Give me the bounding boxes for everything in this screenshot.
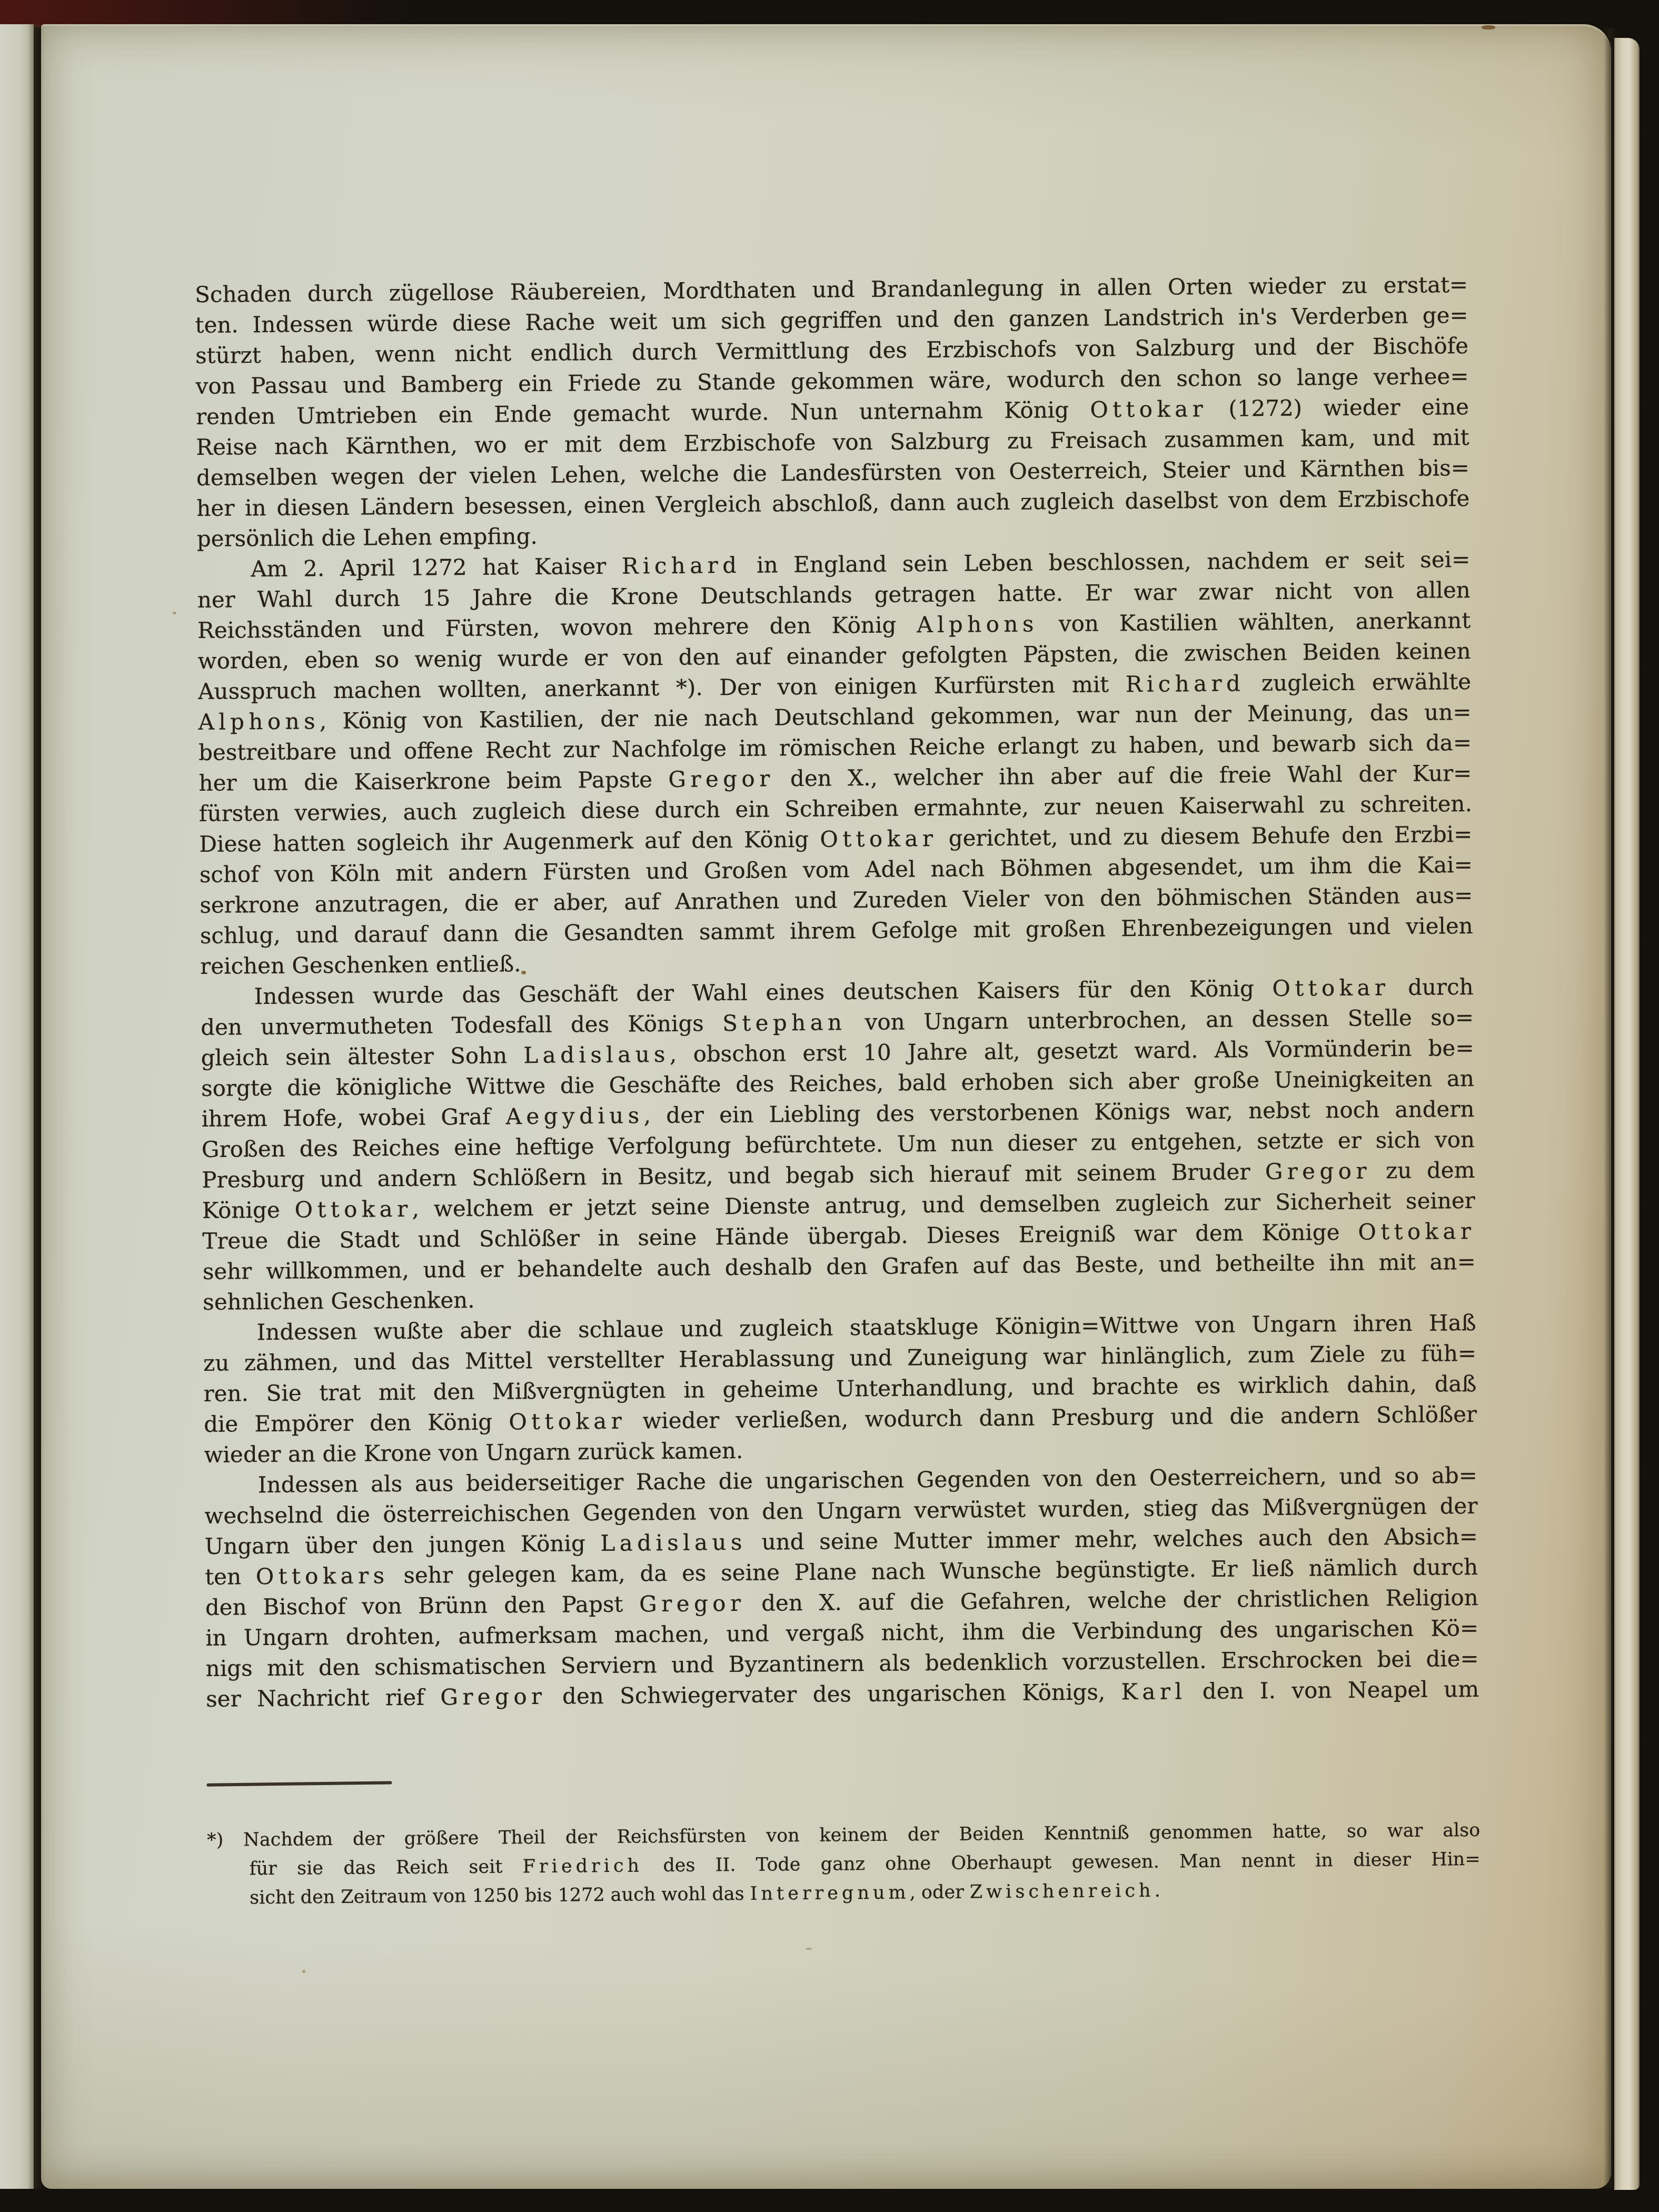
spaced-name: Interregnum (750, 1882, 910, 1904)
page-gutter-crease (27, 24, 45, 2189)
spaced-name: Gregor (440, 1683, 547, 1710)
spaced-name: Karl (1121, 1678, 1187, 1705)
spaced-name: Ottokar (820, 825, 937, 852)
spaced-name: Ladislaus (523, 1041, 670, 1068)
spaced-name: Ottokar (509, 1408, 626, 1435)
spaced-name: Richard (622, 552, 741, 579)
paper-speck (173, 612, 176, 614)
book-scan: Schaden durch zügellose Räubereien, Mord… (0, 0, 1659, 2212)
spaced-name: Alphons (198, 708, 320, 735)
spaced-name: Alphons (917, 611, 1038, 637)
spaced-name: Ottokar (1272, 974, 1389, 1001)
spaced-name: Ottokar (295, 1196, 412, 1223)
body-text: Schaden durch zügellose Räubereien, Mord… (195, 270, 1479, 1715)
spaced-name: Ottokar (1090, 396, 1207, 423)
spaced-name: Gregor (1265, 1158, 1372, 1185)
spaced-name: Richard (1126, 670, 1245, 697)
spaced-name: Aegydius (506, 1102, 644, 1129)
spaced-name: Friedrich (522, 1855, 643, 1877)
spaced-name: Gregor (668, 765, 774, 792)
spaced-name: Stephan (722, 1009, 847, 1036)
right-page-crease (1604, 27, 1616, 2189)
spaced-name: Ladislaus (600, 1529, 747, 1556)
paper-speck (1482, 25, 1495, 29)
spaced-name: Ottokar (1358, 1218, 1475, 1245)
footnote-separator (206, 1781, 392, 1786)
binding-cloth (0, 0, 411, 27)
book-page: Schaden durch zügellose Räubereien, Mord… (41, 24, 1611, 2189)
spaced-name: Ottokars (256, 1562, 389, 1589)
next-page-edge (1614, 38, 1640, 2190)
page-text: Schaden durch zügellose Räubereien, Mord… (195, 270, 1482, 2096)
footnote: *) Nachdem der größere Theil der Reichsf… (207, 1816, 1481, 1913)
spaced-name: Gregor (639, 1590, 746, 1617)
spaced-name: Zwischenreich (970, 1880, 1155, 1903)
